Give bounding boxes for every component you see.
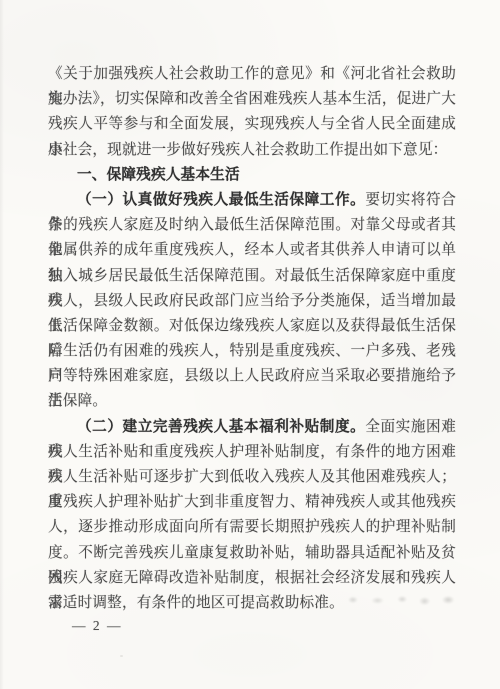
page-number: — 2 — xyxy=(72,618,123,634)
text-line: 《关于加强残疾人社会救助工作的意见》和《河北省社会救助实 xyxy=(48,62,456,87)
text-line-content: 度残疾人护理补贴扩大到非重度智力、精神残疾人或其他残疾 xyxy=(48,494,456,510)
subsection-heading-line: （二）建立完善残疾人基本福利补贴制度。全面实施困难残 xyxy=(48,415,456,440)
text-line-content: 施办法》，切实保障和改善全省困难残疾人基本生活，促进广大 xyxy=(48,91,456,107)
subsection-heading-line: （一）认真做好残疾人最低生活保障工作。要切实将符合条 xyxy=(48,188,456,213)
text-line: 户等特殊困难家庭，县级以上人民政府应当采取必要措施给予生 xyxy=(48,364,456,389)
text-line: 纳入城乡居民最低生活保障范围。对最低生活保障家庭中重度残 xyxy=(48,264,456,289)
text-line-content: 人，逐步推动形成面向所有需要长期照护残疾人的护理补贴制 xyxy=(48,519,456,535)
text-line: 件的残疾人家庭及时纳入最低生活保障范围。对靠父母或者其他 xyxy=(48,213,456,238)
text-line: 人，逐步推动形成面向所有需要长期照护残疾人的护理补贴制 xyxy=(48,515,456,540)
text-line: 度残疾人护理补贴扩大到非重度智力、精神残疾人或其他残疾 xyxy=(48,490,456,515)
text-line: 活保障。 xyxy=(48,389,456,414)
text-line-content: 活保障。 xyxy=(48,393,107,409)
scanned-document-page: 《关于加强残疾人社会救助工作的意见》和《河北省社会救助实 施办法》，切实保障和改… xyxy=(0,0,500,689)
text-line: 亲属供养的成年重度残疾人，经本人或者其供养人申请可以单独 xyxy=(48,238,456,263)
text-line: 施办法》，切实保障和改善全省困难残疾人基本生活，促进广大 xyxy=(48,87,456,112)
text-line: 生活保障金数额。对低保边缘残疾人家庭以及获得最低生活保障 xyxy=(48,314,456,339)
section-heading: 一、保障残疾人基本生活 xyxy=(48,163,456,188)
text-line: 残疾人平等参与和全面发展，实现残疾人与全省人民全面建成小 xyxy=(48,112,456,137)
text-line: 度。不断完善残疾儿童康复救助补贴，辅助器具适配补贴及贫困 xyxy=(48,541,456,566)
scan-speck xyxy=(120,655,123,657)
text-line: 后生活仍有困难的残疾人，特别是重度残疾、一户多残、老残同 xyxy=(48,339,456,364)
text-line: 疾人，县级人民政府民政部门应当给予分类施保，适当增加最低 xyxy=(48,289,456,314)
section-heading-text: 一、保障残疾人基本生活 xyxy=(77,167,240,183)
subsection-heading-text: （一）认真做好残疾人最低生活保障工作。 xyxy=(77,192,365,208)
subsection-heading-text: （二）建立完善残疾人基本福利补贴制度。 xyxy=(77,419,365,435)
text-line-content: 求适时调整，有条件的地区可提高救助标准。 xyxy=(48,595,344,611)
scan-bleedthrough-artifact xyxy=(344,594,456,607)
text-line: 疾人生活补贴和重度残疾人护理补贴制度，有条件的地方困难残 xyxy=(48,440,456,465)
text-line: 残疾人家庭无障碍改造补贴制度，根据社会经济发展和残疾人需 xyxy=(48,566,456,591)
text-line: 康社会，现就进一步做好残疾人社会救助工作提出如下意见： xyxy=(48,138,456,163)
document-text-block: 《关于加强残疾人社会救助工作的意见》和《河北省社会救助实 施办法》，切实保障和改… xyxy=(48,62,456,616)
scan-speck xyxy=(430,140,433,142)
text-line: 疾人生活补贴可逐步扩大到低收入残疾人及其他困难残疾人；重 xyxy=(48,465,456,490)
text-line-content: 康社会，现就进一步做好残疾人社会救助工作提出如下意见： xyxy=(48,142,447,158)
